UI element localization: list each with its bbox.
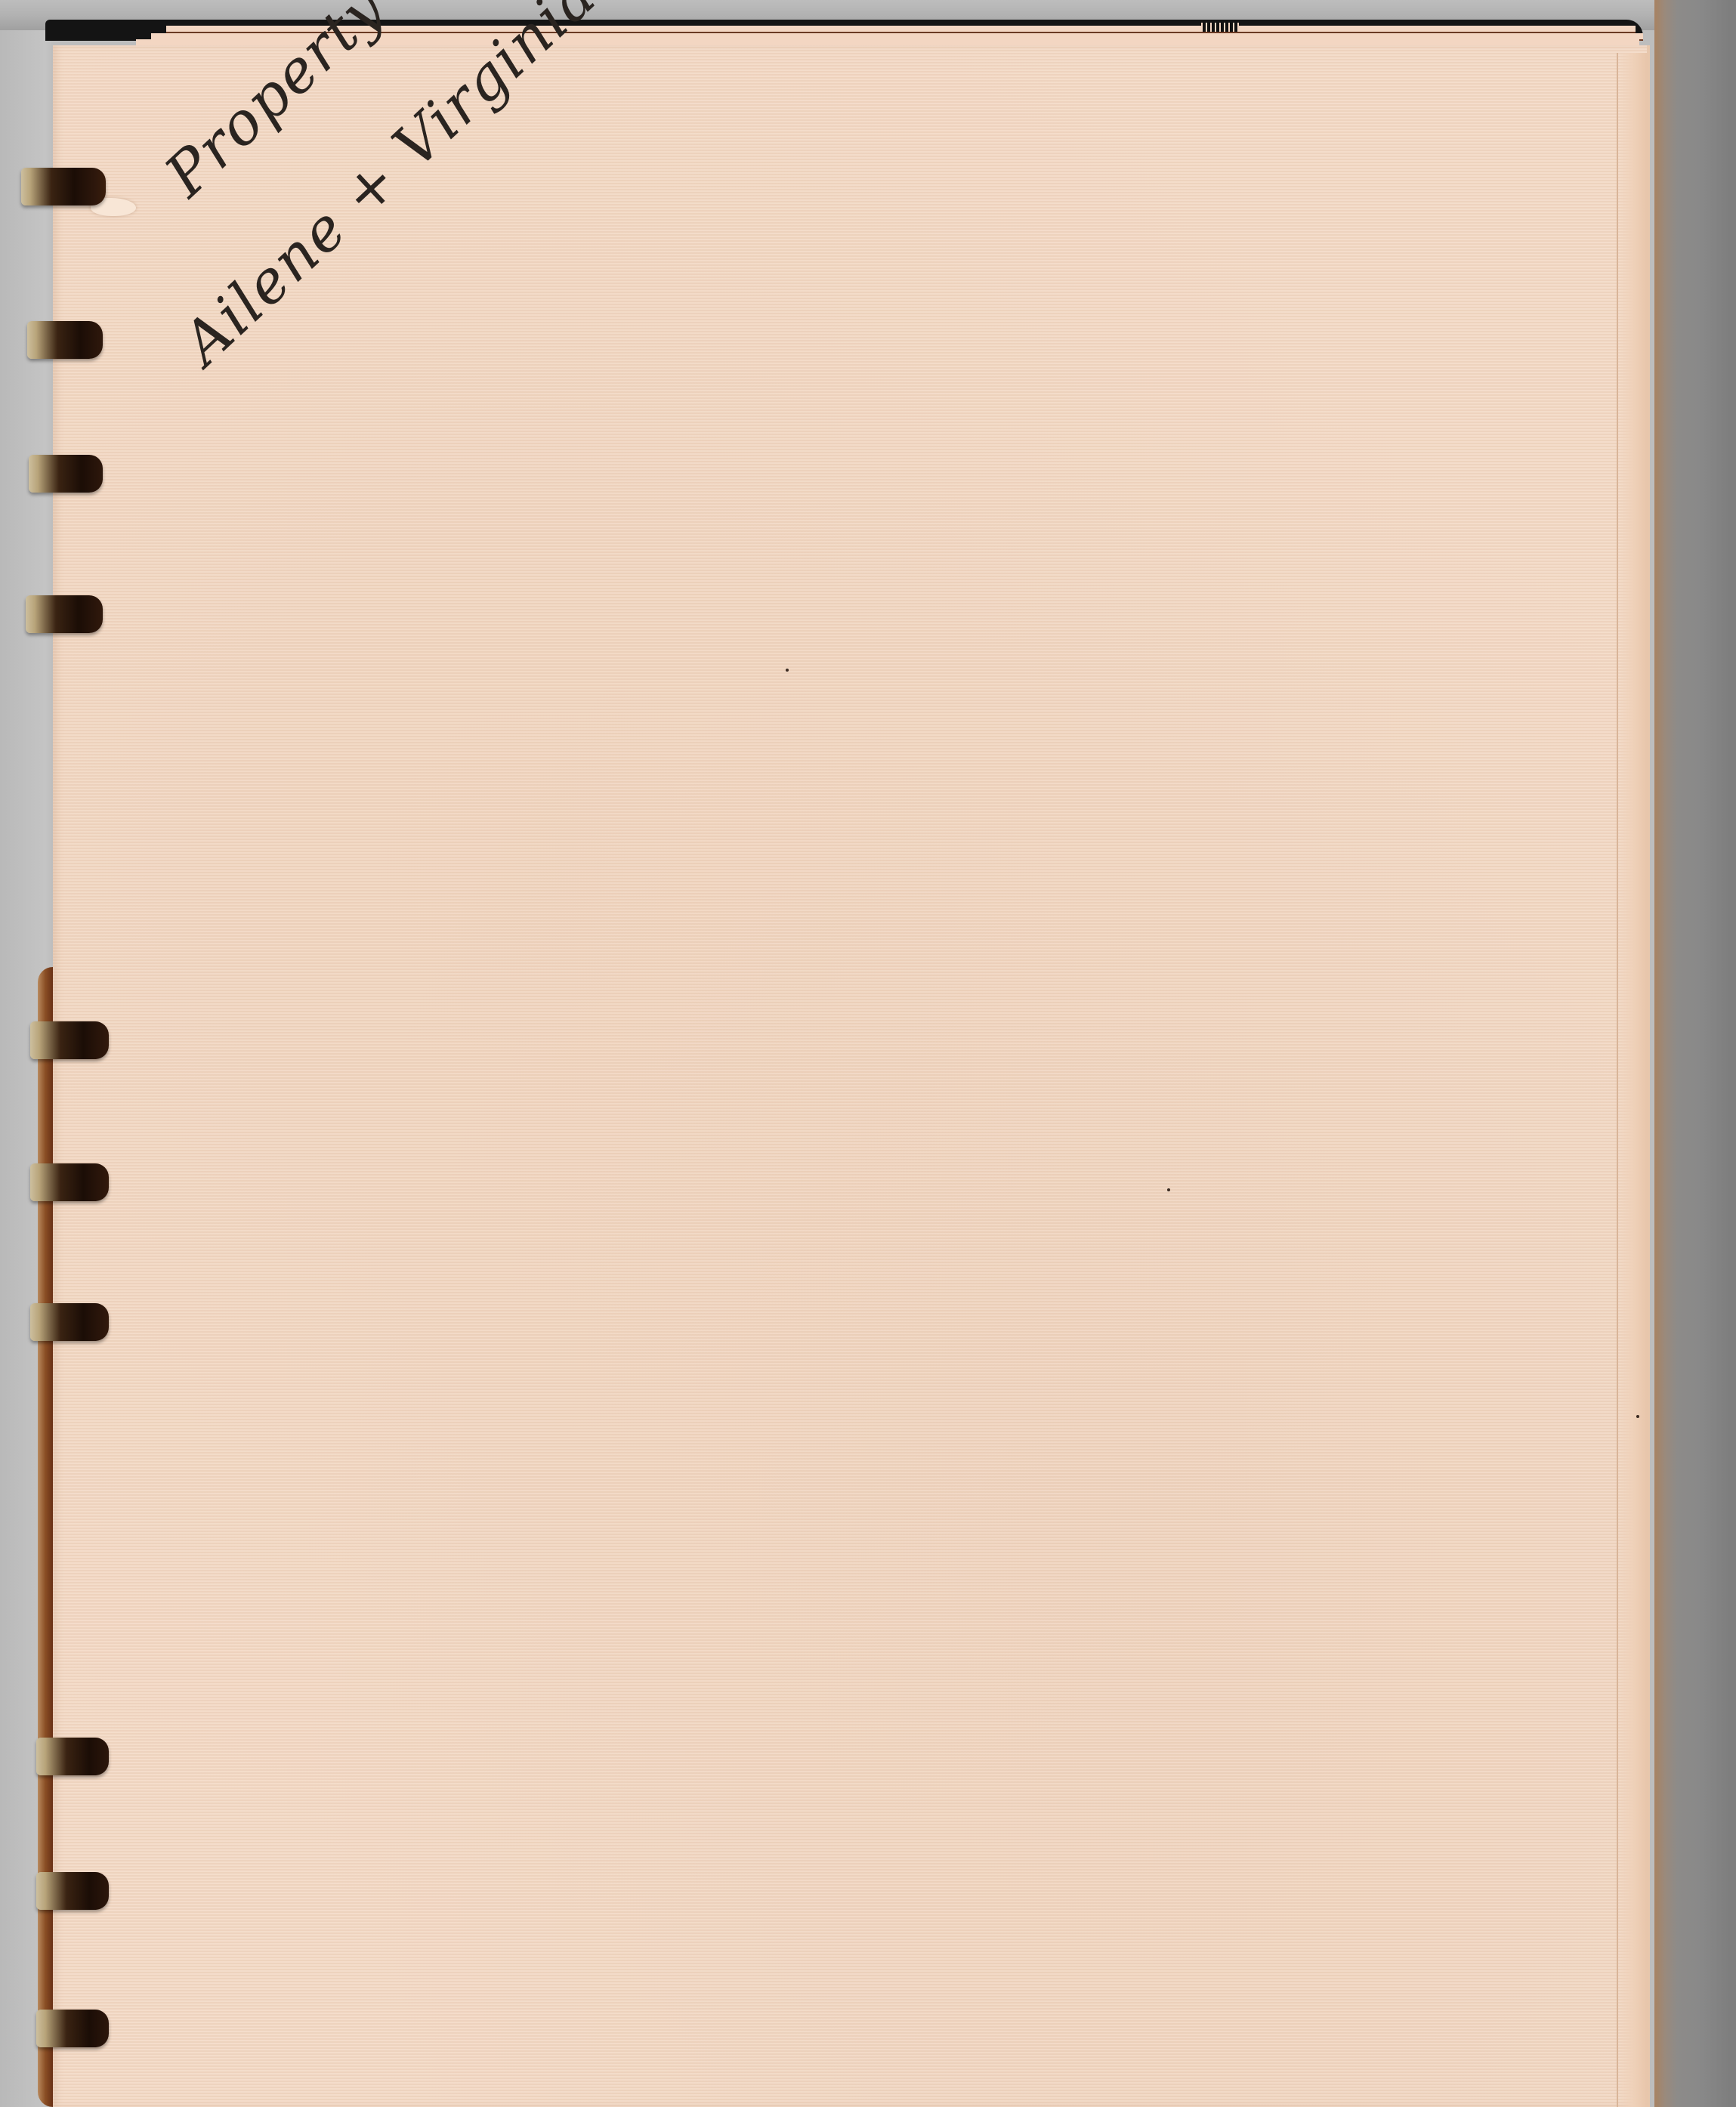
binding-ring — [30, 1021, 109, 1059]
binding-ring — [21, 168, 106, 205]
binding-ring — [36, 1872, 109, 1910]
paper-speck — [1167, 1188, 1170, 1191]
binding-ring — [26, 595, 103, 633]
binding-ring — [29, 455, 103, 493]
binding-ring — [36, 1738, 109, 1775]
notebook-page — [53, 45, 1650, 2107]
page-right-edge — [1617, 53, 1648, 2107]
binding-ring — [30, 1303, 109, 1341]
cover-barcode-mark — [1201, 23, 1239, 32]
binding-ring — [30, 1163, 109, 1201]
scan-background-right — [1654, 0, 1736, 2107]
binding-ring — [27, 321, 103, 359]
paper-speck — [1636, 1415, 1639, 1418]
paper-speck — [786, 669, 789, 672]
binding-ring — [36, 2010, 109, 2047]
